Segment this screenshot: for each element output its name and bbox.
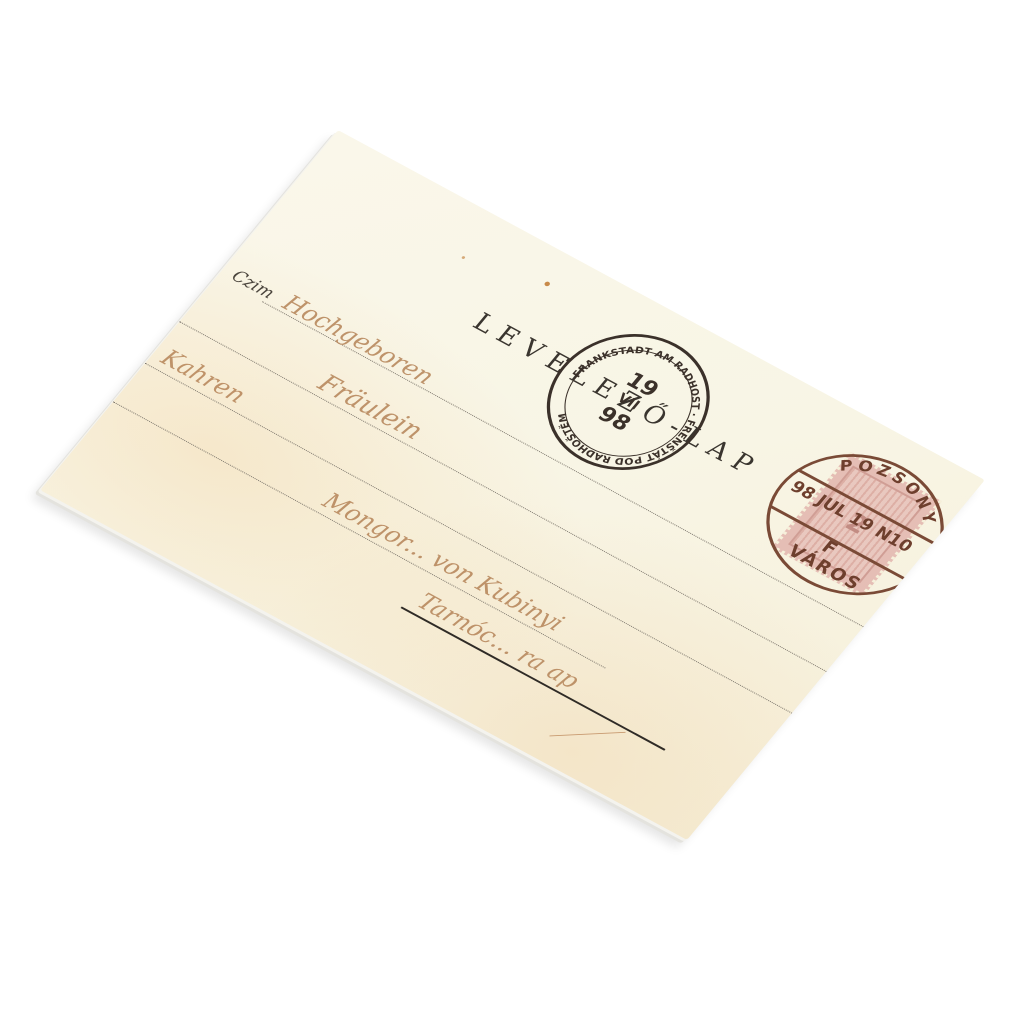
postcard-face: LEVELEZŐ-LAP Czim Hochgeboren Fräulein K… — [40, 130, 985, 840]
origin-postmark: FRANKSTADT AM RADHOST · FRENŠTÁT POD RAD… — [515, 309, 743, 496]
foxing-spot — [543, 281, 551, 287]
handwriting-line: Hochgeboren — [277, 290, 440, 390]
postcard: LEVELEZŐ-LAP Czim Hochgeboren Fräulein K… — [40, 130, 985, 840]
pencil-mark — [550, 732, 626, 737]
destination-postmark: POZSONY 98 JUL 19 N10 F VÁROS — [732, 426, 977, 622]
foxing-spot — [461, 256, 466, 260]
address-line — [113, 401, 606, 668]
address-label: Czim — [227, 267, 278, 303]
